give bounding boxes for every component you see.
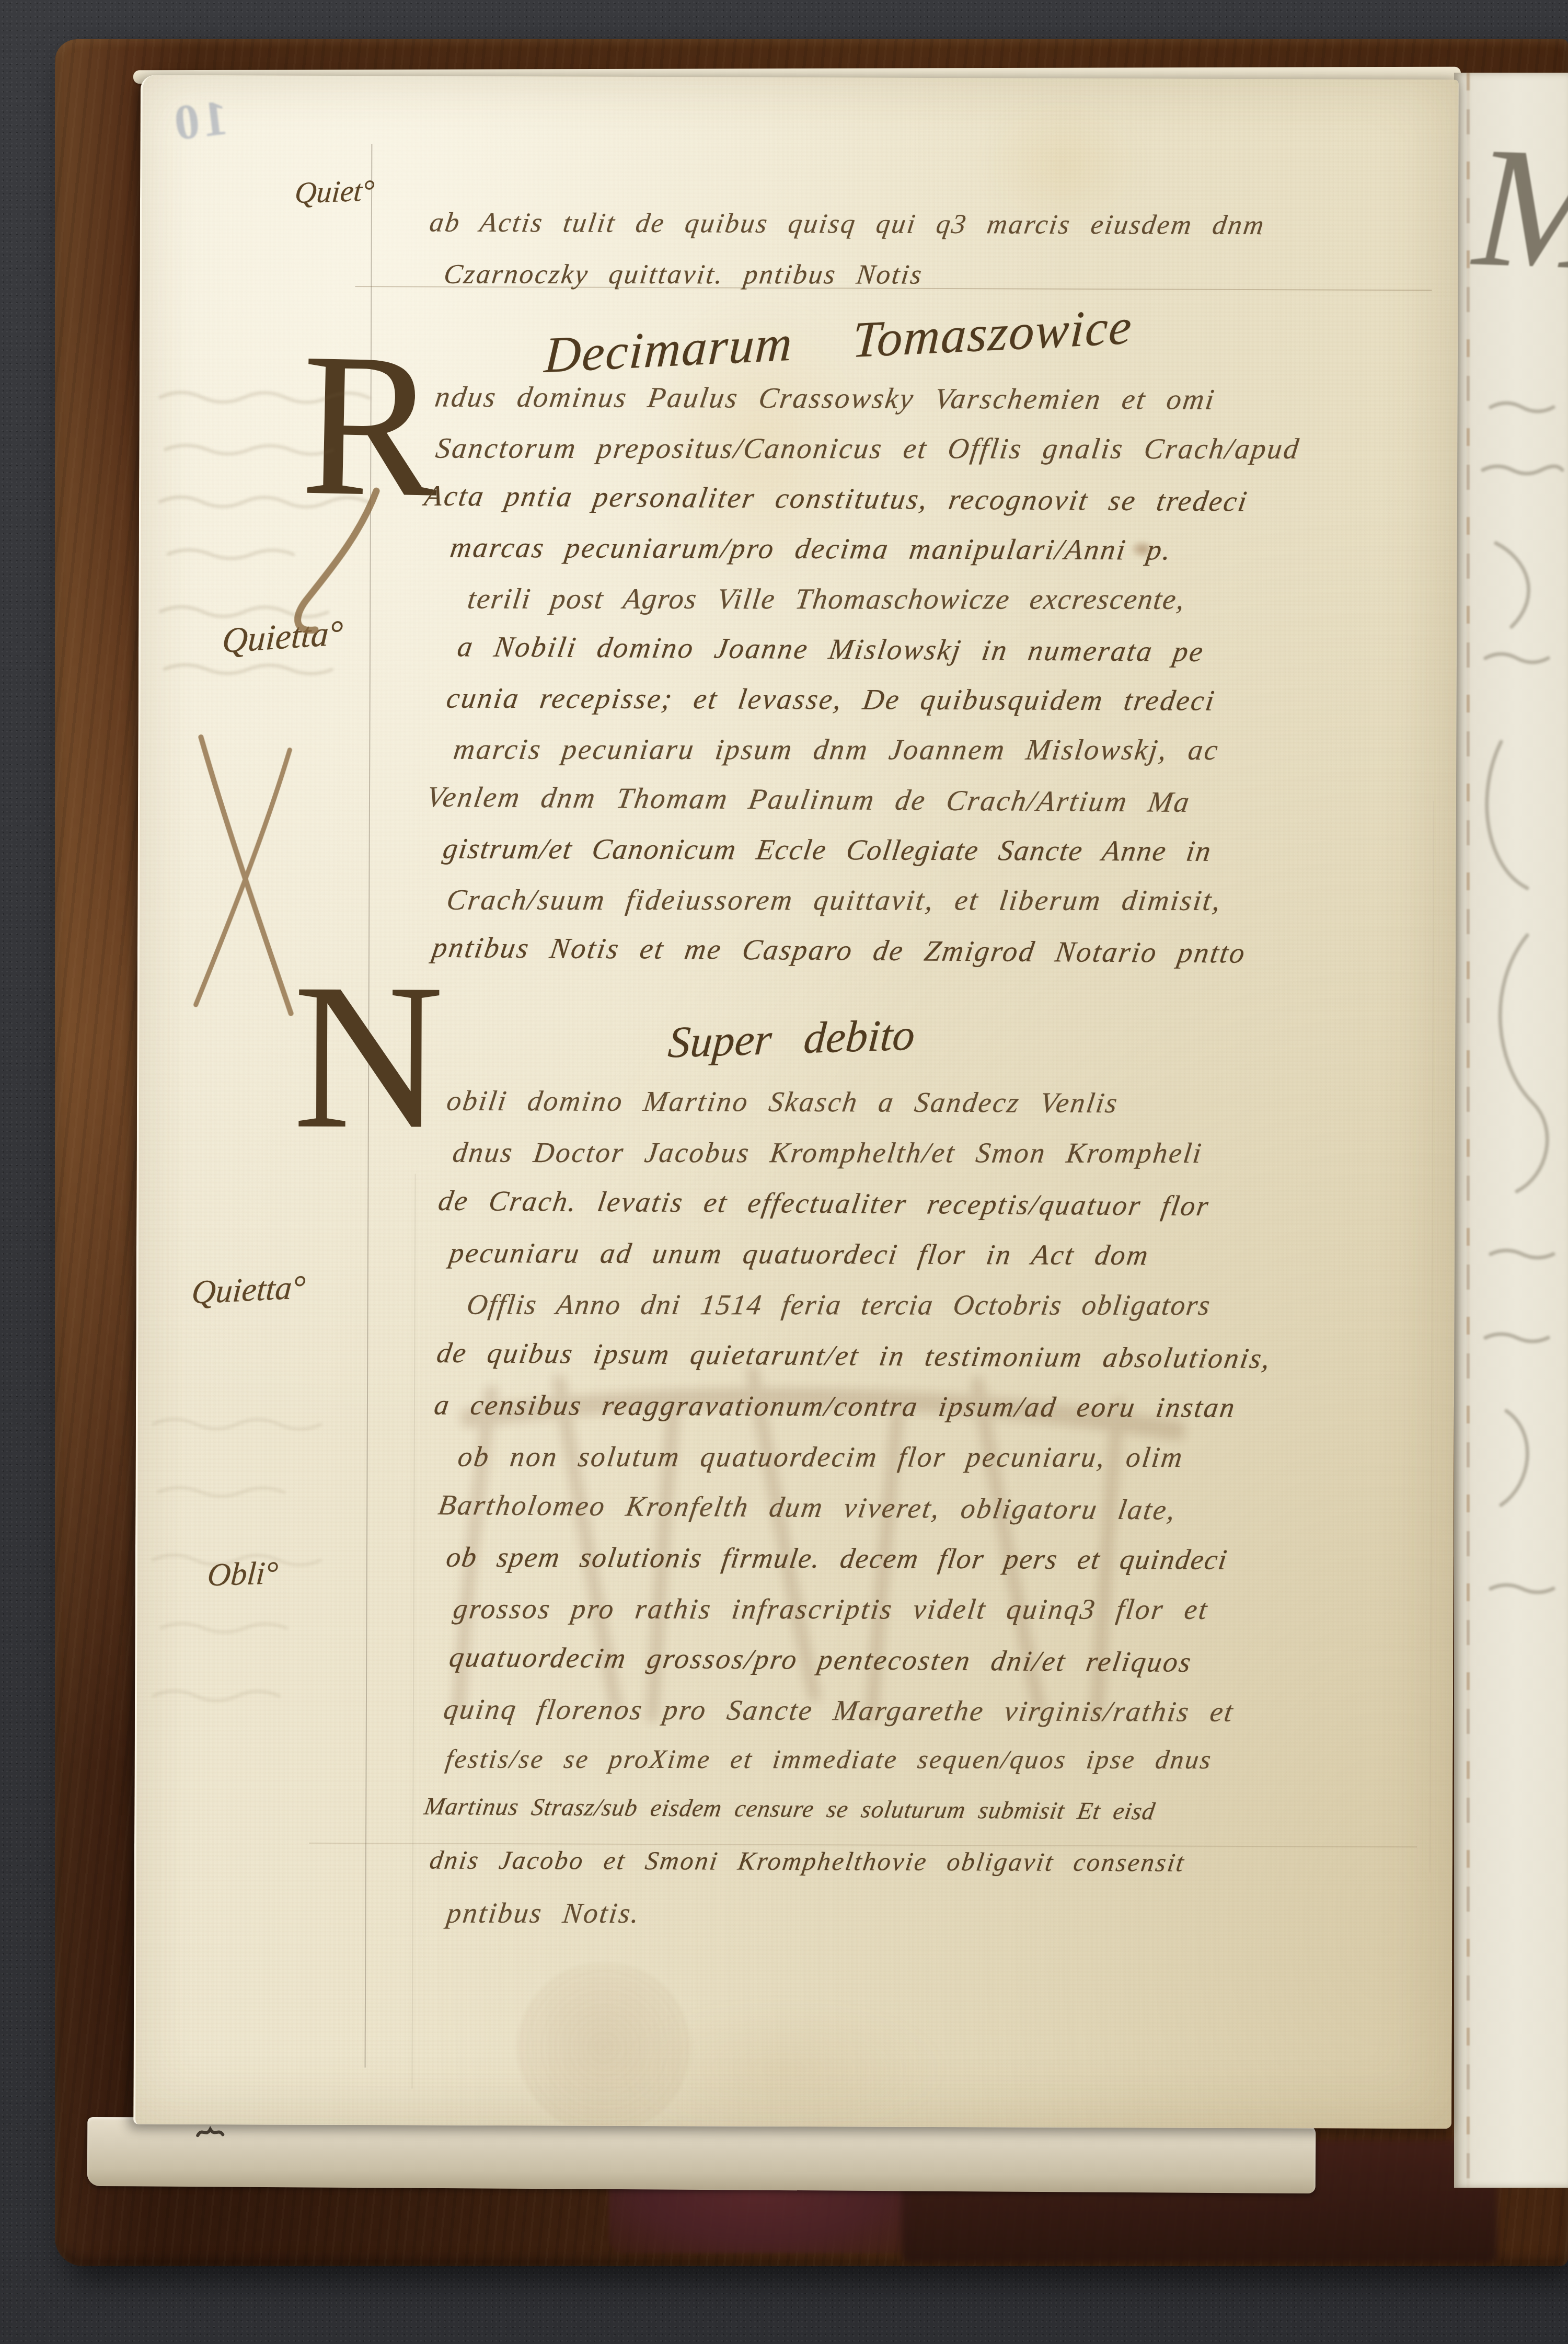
page-number-stamp: 10	[168, 88, 230, 152]
manuscript-page: 10 Quiet° Quietta° Quietta° Obli° ab Act…	[133, 75, 1459, 2129]
margin-rule-line-secondary	[411, 1174, 416, 2088]
manuscript-line: festis/se se proXime et immediate sequen…	[428, 1744, 1290, 1796]
manuscript-line: pecuniaru ad unum quatuordeci flor in Ac…	[414, 1236, 1277, 1290]
manuscript-line: obili domino Martino Skasch a Sandecz Ve…	[415, 1084, 1278, 1138]
next-page: M	[1454, 73, 1568, 2188]
under-page-ink-mark	[194, 2122, 226, 2143]
ghost-writing-margin	[142, 1393, 394, 1760]
manuscript-line: marcis pecuniaru ipsum dnm Joannem Mislo…	[413, 733, 1301, 784]
entry-decimarum-lines: ndus dominus Paulus Crassowsky Varschemi…	[401, 380, 1284, 985]
manuscript-line: dnis Jacobo et Smoni Kromphelthovie obli…	[412, 1844, 1275, 1898]
margin-note-quietta-2: Quietta°	[190, 1268, 307, 1312]
manuscript-line: ndus dominus Paulus Crassowsky Varschemi…	[399, 380, 1288, 433]
manuscript-line: Sanctorum prepositus/Canonicus et Offlis…	[414, 432, 1302, 482]
page-stack-edge-bottom	[87, 2117, 1316, 2193]
manuscript-line: marcas pecuniarum/pro decima manipulari/…	[399, 531, 1287, 584]
manuscript-line: Venlem dnm Thomam Paulinum de Crach/Arti…	[395, 780, 1283, 836]
manuscript-line: de Crach. levatis et effectualiter recep…	[411, 1184, 1274, 1240]
manuscript-line: Czarnoczky quittavit. pntibus Notis	[440, 259, 1282, 310]
manuscript-line: Crach/suum fideiussorem quittavit, et li…	[412, 883, 1300, 934]
manuscript-line: pntibus Notis.	[427, 1897, 1289, 1948]
manuscript-line: a Nobili domino Joanne Mislowskj in nume…	[395, 629, 1284, 686]
entry-heading-super-debito: Super debito	[666, 1009, 917, 1068]
manuscript-line: pntibus Notis et me Casparo de Zmigrod N…	[394, 930, 1283, 987]
margin-note-quiet: Quiet°	[294, 173, 376, 210]
manuscript-line: cunia recepisse; et levasse, De quibusqu…	[398, 681, 1287, 734]
fingerprint-smudge	[515, 1963, 693, 2129]
manuscript-line: Offlis Anno dni 1514 feria tercia Octobr…	[429, 1288, 1292, 1339]
ink-bleedthrough-ghost	[428, 1350, 1213, 1734]
manuscript-line: Acta pntia personaliter constitutus, rec…	[396, 479, 1284, 535]
manuscript-book: M	[55, 39, 1568, 2266]
manuscript-line: terili post Agros Ville Thomaschowicze e…	[413, 582, 1301, 633]
ghost-writing-margin	[148, 366, 400, 733]
manuscript-line: gistrum/et Canonicum Eccle Collegiate Sa…	[398, 832, 1286, 885]
ghost-writing	[1454, 73, 1568, 2111]
manuscript-line: dnus Doctor Jacobus Kromphelth/et Smon K…	[430, 1136, 1292, 1187]
photo-backdrop: M	[0, 0, 1568, 2344]
entry-intro-lines: ab Actis tulit de quibus quisq qui q3 ma…	[428, 207, 1264, 312]
manuscript-line: Martinus Strasz/sub eisdem censure se so…	[409, 1793, 1272, 1849]
x-cancellation-mark	[183, 722, 305, 1026]
manuscript-line: ab Actis tulit de quibus quisq qui q3 ma…	[425, 207, 1267, 261]
right-rule-line	[1429, 801, 1434, 1872]
